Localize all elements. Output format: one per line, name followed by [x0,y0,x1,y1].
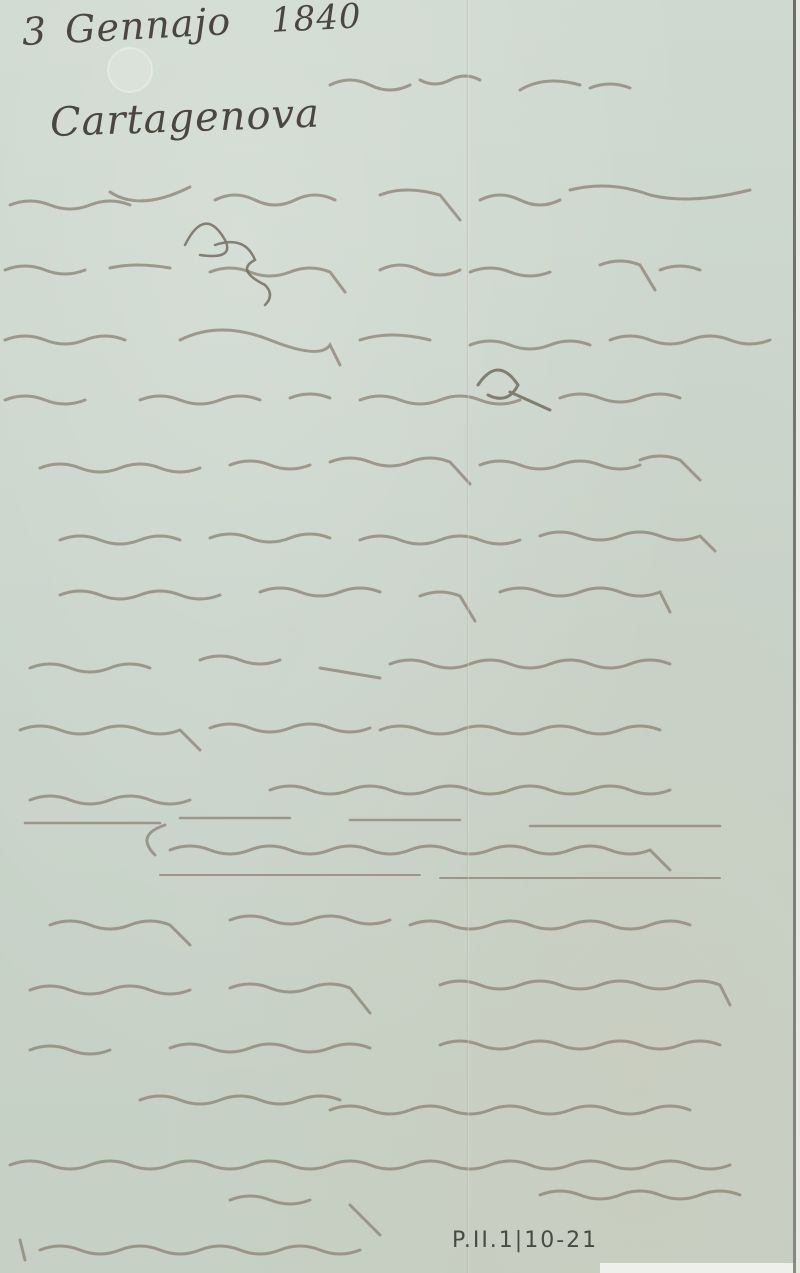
scan-margin-right [796,0,800,1273]
date-day: 3 [21,9,48,54]
date-month: Gennajo [64,0,232,52]
paper-fold-line [467,0,469,1273]
archive-catalog-label: P.II.1|10-21 [452,1228,598,1253]
letter-place: Cartagenova [49,91,321,146]
date-year: 1840 [270,0,363,41]
document-page: 3Gennajo1840 Cartagenova P.II.1|10-21 [0,0,800,1273]
scan-margin [600,1263,800,1273]
bleed-through-handwriting [0,0,800,1273]
